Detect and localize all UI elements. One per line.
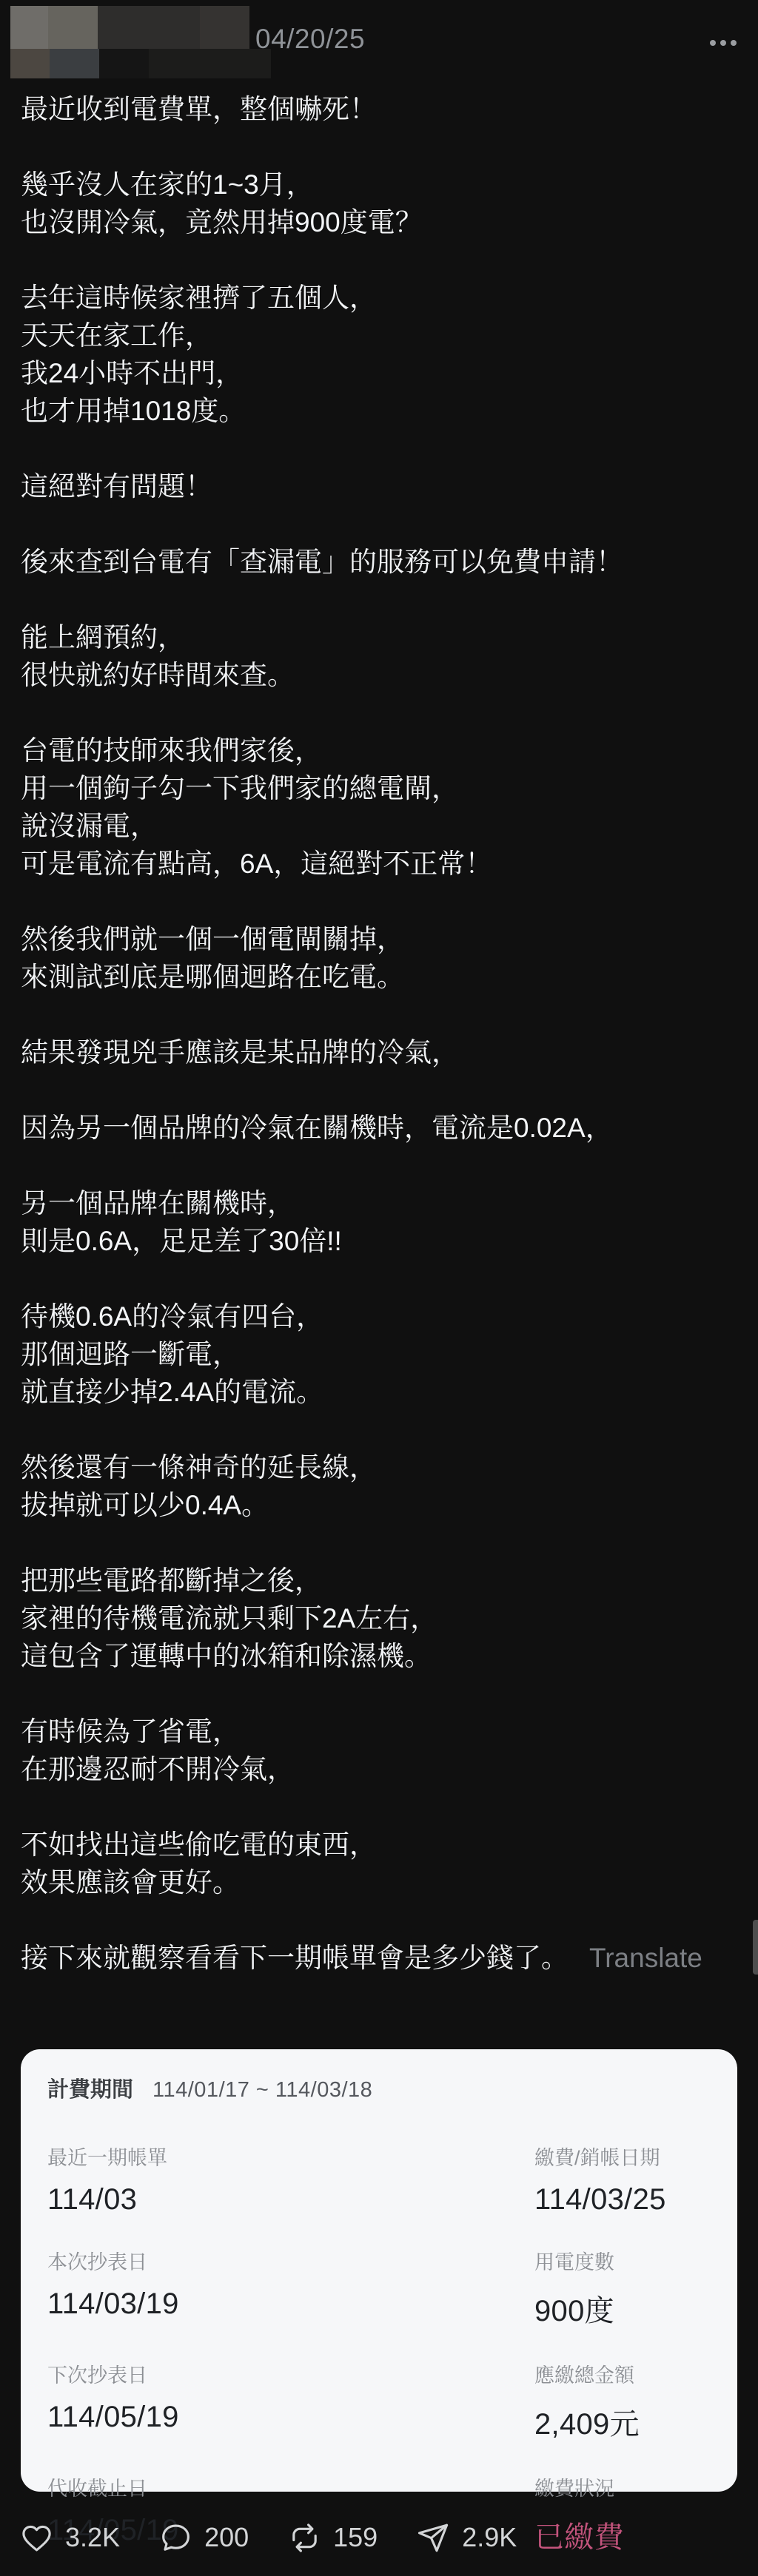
field-label: 應繳總金額 (534, 2359, 711, 2388)
blur-block (10, 6, 48, 49)
field-label: 本次抄表日 (47, 2246, 527, 2275)
like-button[interactable]: 3.2K (19, 2521, 120, 2555)
blur-block (149, 49, 271, 78)
blur-block (98, 6, 200, 49)
post-text: 最近收到電費單，整個嚇死！ 幾乎沒人在家的1~3月， 也沒開冷氣，竟然用掉900… (21, 94, 623, 1973)
scrollbar-thumb[interactable] (753, 1920, 758, 1975)
repost-button[interactable]: 159 (287, 2521, 378, 2555)
more-icon (710, 40, 716, 46)
billing-period-label: 計費期間 (47, 2073, 133, 2103)
billing-period-value: 114/01/17 ~ 114/03/18 (152, 2078, 372, 2103)
share-count: 2.9K (462, 2522, 517, 2553)
field-label: 繳費/銷帳日期 (534, 2142, 711, 2171)
field-value: 114/05/19 (47, 2401, 527, 2434)
comment-count: 200 (204, 2522, 249, 2553)
field-value: 2,409元 (534, 2401, 711, 2443)
repost-icon (287, 2521, 322, 2555)
blur-block (99, 49, 149, 78)
blur-block (48, 6, 98, 49)
field-label: 繳費狀況 (534, 2472, 711, 2501)
field-value: 900度 (534, 2287, 711, 2330)
bill-fields-grid: 最近一期帳單 114/03 繳費/銷帳日期 114/03/25 本次抄表日 11… (47, 2142, 711, 2556)
blur-block (10, 49, 50, 78)
field-value: 114/03/25 (534, 2183, 711, 2216)
share-button[interactable]: 2.9K (416, 2521, 517, 2555)
bill-field: 最近一期帳單 114/03 (47, 2142, 527, 2216)
field-label: 下次抄表日 (47, 2359, 527, 2388)
translate-link[interactable]: Translate (589, 1943, 702, 1973)
comment-button[interactable]: 200 (158, 2521, 249, 2555)
redacted-username[interactable] (10, 6, 271, 78)
comment-icon (158, 2521, 193, 2555)
bill-field: 下次抄表日 114/05/19 (47, 2359, 527, 2443)
share-icon (416, 2521, 451, 2555)
bill-field: 本次抄表日 114/03/19 (47, 2246, 527, 2330)
blur-block (50, 49, 99, 78)
engagement-bar: 3.2K 200 159 2.9K (19, 2514, 745, 2561)
blur-block (200, 6, 249, 49)
like-count: 3.2K (65, 2522, 120, 2553)
heart-icon (19, 2521, 54, 2555)
post-body: 最近收到電費單，整個嚇死！ 幾乎沒人在家的1~3月， 也沒開冷氣，竟然用掉900… (21, 90, 734, 1977)
bill-card: 計費期間 114/01/17 ~ 114/03/18 最近一期帳單 114/03… (21, 2049, 737, 2492)
bill-field: 繳費/銷帳日期 114/03/25 (534, 2142, 711, 2216)
bill-field: 應繳總金額 2,409元 (534, 2359, 711, 2443)
post-date: 04/20/25 (255, 24, 365, 55)
repost-count: 159 (333, 2522, 378, 2553)
post-screen: 04/20/25 最近收到電費單，整個嚇死！ 幾乎沒人在家的1~3月， 也沒開冷… (0, 0, 758, 2576)
more-button[interactable] (700, 33, 746, 53)
bill-field: 用電度數 900度 (534, 2246, 711, 2330)
billing-period-row: 計費期間 114/01/17 ~ 114/03/18 (47, 2073, 711, 2103)
field-label: 用電度數 (534, 2246, 711, 2275)
field-value: 114/03 (47, 2183, 527, 2216)
field-value: 114/03/19 (47, 2287, 527, 2321)
field-label: 最近一期帳單 (47, 2142, 527, 2171)
field-label: 代收截止日 (47, 2472, 527, 2501)
